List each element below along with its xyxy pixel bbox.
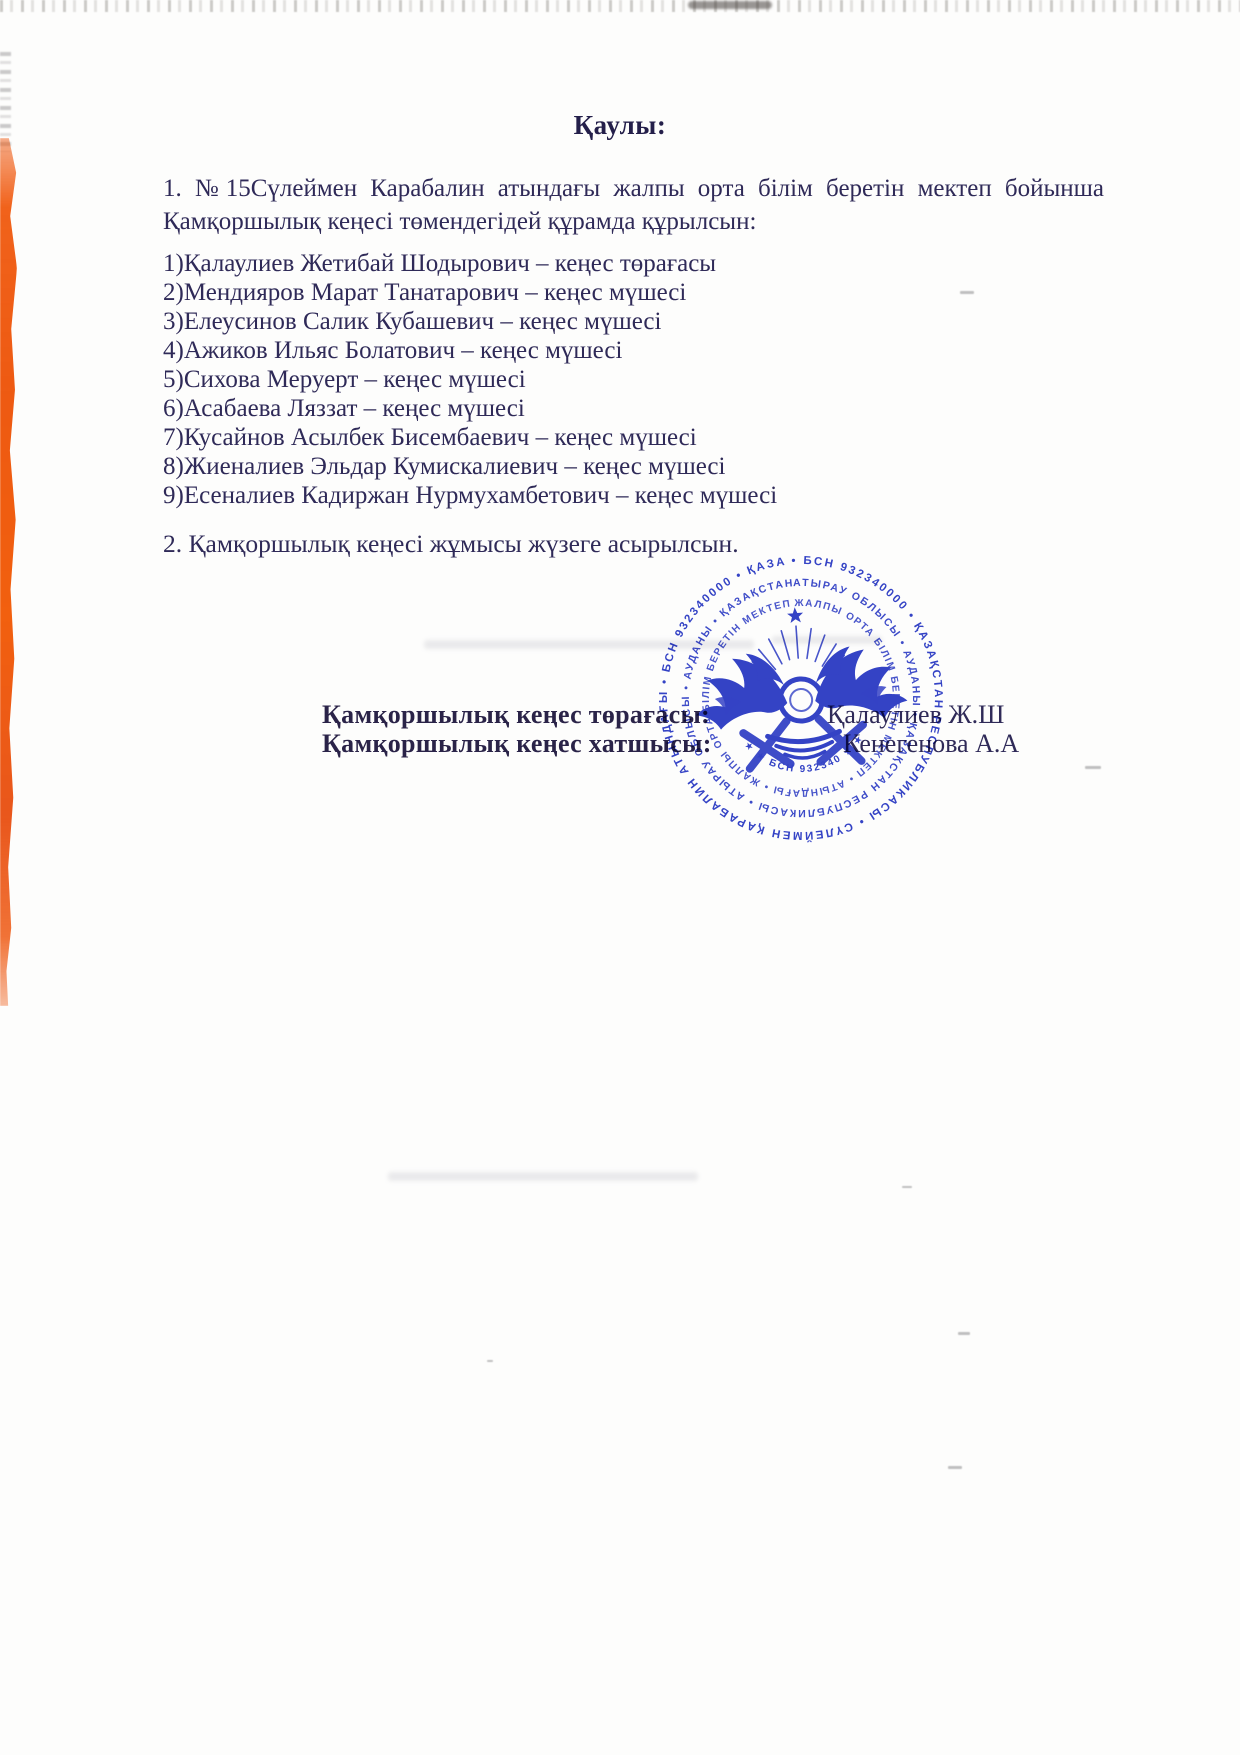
scan-dash-artifact (960, 291, 974, 294)
signature-row: Қамқоршылық кеңес хатшысы: Кенегенова А.… (0, 729, 1240, 758)
scan-dash-artifact (487, 1360, 493, 1362)
member-row: 9)Есеналиев Кадиржан Нурмухамбетович – к… (163, 481, 1123, 510)
member-row: 7)Кусайнов Асылбек Бисембаевич – кеңес м… (163, 423, 1123, 452)
member-row: 3)Елеусинов Салик Кубашевич – кеңес мүше… (163, 307, 1123, 336)
scan-artifact-top-smudge (688, 1, 772, 9)
member-row: 5)Сихова Меруерт – кеңес мүшесі (163, 365, 1123, 394)
member-row: 8)Жиеналиев Эльдар Кумискалиевич – кеңес… (163, 452, 1123, 481)
intro-line: 1. №15Сүлеймен Карабалин атындағы жалпы … (163, 172, 1104, 205)
scanned-document-page: Қаулы: 1. №15Сүлеймен Карабалин атындағы… (0, 0, 1240, 1755)
member-row: 6)Асабаева Ляззат – кеңес мүшесі (163, 394, 1123, 423)
signature-row: Қамқоршылық кеңес төрағасы: Қалаулиев Ж.… (0, 700, 1240, 729)
intro-paragraph: 1. №15Сүлеймен Карабалин атындағы жалпы … (163, 172, 1104, 238)
official-stamp: • БСН 932340000 • ҚАЗАҚСТАН РЕСПУБЛИКАСЫ… (645, 542, 957, 854)
scan-dash-artifact (958, 1332, 970, 1335)
scan-dash-artifact (1085, 766, 1101, 769)
scan-dash-artifact (948, 1466, 962, 1469)
intro-line: Қамқоршылық кеңесі төмендегідей құрамда … (163, 205, 1104, 238)
scan-artifact-top-edge (0, 0, 1240, 12)
signature-role: Қамқоршылық кеңес хатшысы: (322, 729, 712, 759)
document-title: Қаулы: (0, 110, 1240, 141)
member-row: 1)Қалаулиев Жетибай Шодырович – кеңес тө… (163, 249, 1123, 278)
member-row: 2)Мендияров Марат Танатарович – кеңес мү… (163, 278, 1123, 307)
scan-dash-artifact (902, 1186, 912, 1188)
member-row: 4)Ажиков Ильяс Болатович – кеңес мүшесі (163, 336, 1123, 365)
signature-role: Қамқоршылық кеңес төрағасы: (322, 700, 710, 730)
ghost-text-smudge (388, 1172, 698, 1181)
members-list: 1)Қалаулиев Жетибай Шодырович – кеңес тө… (163, 249, 1123, 510)
scan-artifact-orange-strip (0, 138, 17, 1006)
